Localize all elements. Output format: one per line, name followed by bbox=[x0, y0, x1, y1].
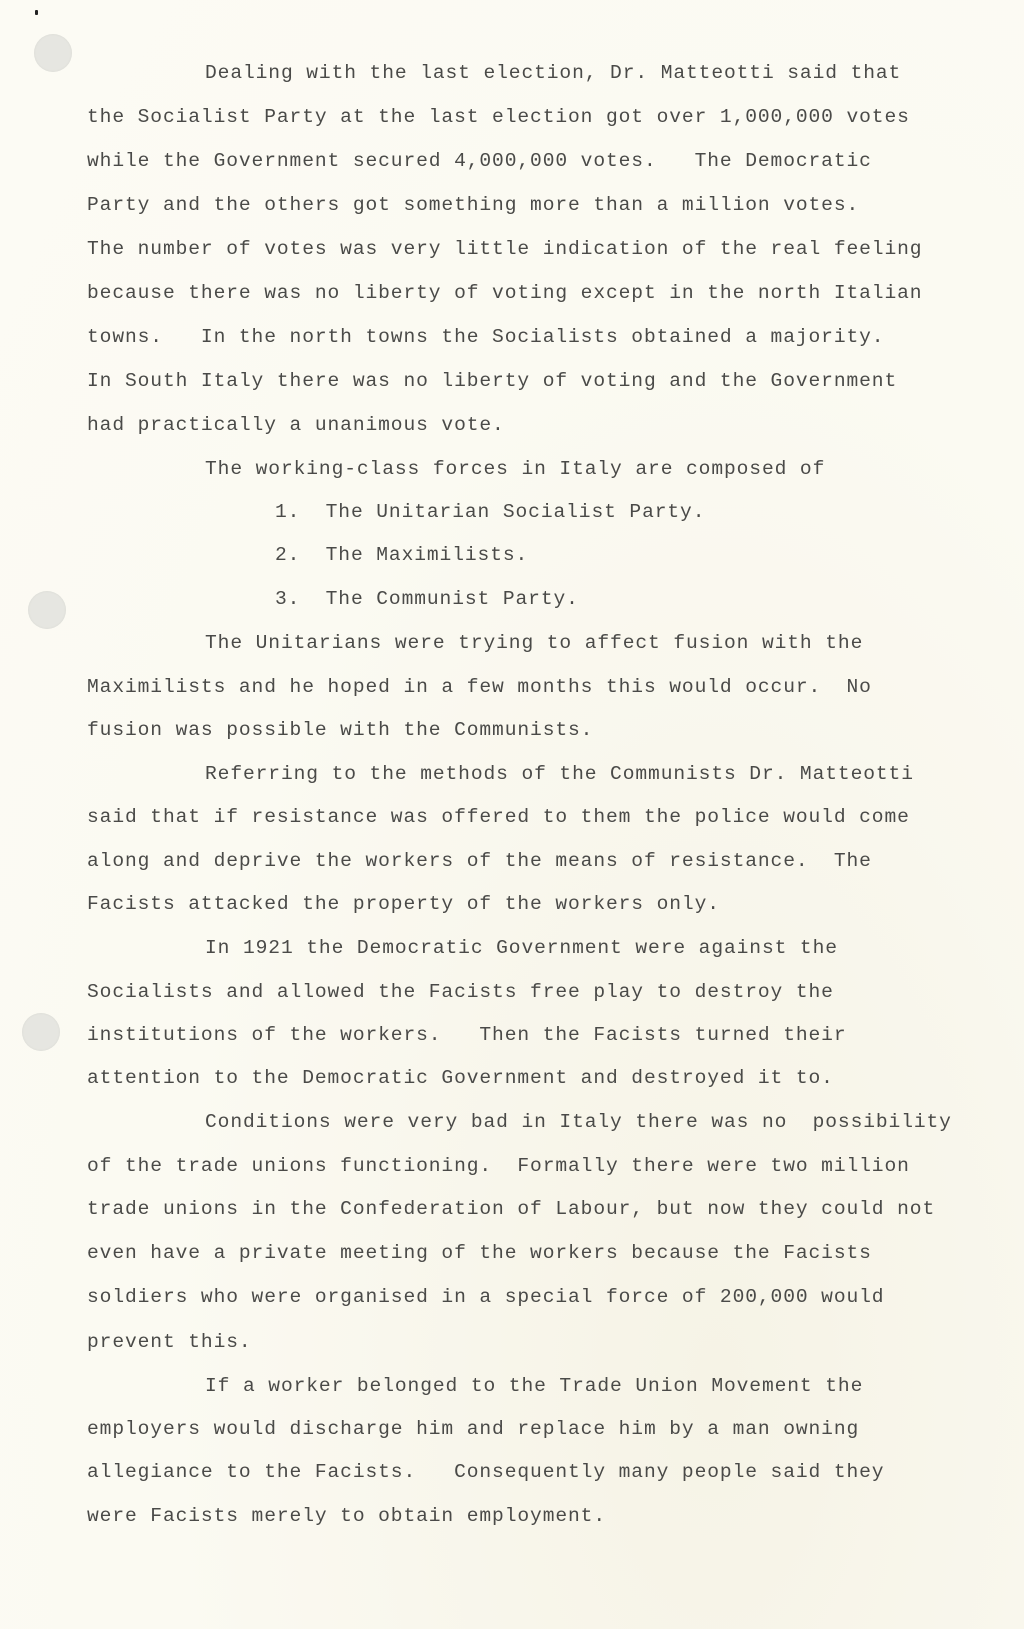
text-line: were Facists merely to obtain employment… bbox=[87, 1507, 606, 1527]
list-item: 3. The Communist Party. bbox=[275, 590, 579, 610]
text-line: Referring to the methods of the Communis… bbox=[205, 765, 914, 785]
text-line: soldiers who were organised in a special… bbox=[87, 1288, 884, 1308]
text-line: because there was no liberty of voting e… bbox=[87, 284, 922, 304]
text-line: The Unitarians were trying to affect fus… bbox=[205, 634, 863, 654]
text-line: while the Government secured 4,000,000 v… bbox=[87, 152, 872, 172]
text-line: said that if resistance was offered to t… bbox=[87, 808, 910, 828]
text-line: fusion was possible with the Communists. bbox=[87, 721, 593, 741]
text-line: Conditions were very bad in Italy there … bbox=[205, 1113, 952, 1133]
document-page: Dealing with the last election, Dr. Matt… bbox=[0, 0, 1024, 1629]
text-line: trade unions in the Confederation of Lab… bbox=[87, 1200, 935, 1220]
text-line: even have a private meeting of the worke… bbox=[87, 1244, 872, 1264]
text-line: prevent this. bbox=[87, 1333, 252, 1353]
text-line: towns. In the north towns the Socialists… bbox=[87, 328, 884, 348]
text-line: In South Italy there was no liberty of v… bbox=[87, 372, 897, 392]
ink-mark bbox=[35, 10, 38, 15]
text-line: The working-class forces in Italy are co… bbox=[205, 460, 825, 480]
text-line: The number of votes was very little indi… bbox=[87, 240, 922, 260]
punch-hole-middle bbox=[28, 591, 66, 629]
list-item: 2. The Maximilists. bbox=[275, 546, 528, 566]
text-line: had practically a unanimous vote. bbox=[87, 416, 505, 436]
text-line: attention to the Democratic Government a… bbox=[87, 1069, 834, 1089]
text-line: the Socialist Party at the last election… bbox=[87, 108, 910, 128]
text-line: Dealing with the last election, Dr. Matt… bbox=[205, 64, 901, 84]
punch-hole-top bbox=[34, 34, 72, 72]
text-line: If a worker belonged to the Trade Union … bbox=[205, 1377, 863, 1397]
text-line: of the trade unions functioning. Formall… bbox=[87, 1157, 910, 1177]
punch-hole-bottom bbox=[22, 1013, 60, 1051]
text-line: Socialists and allowed the Facists free … bbox=[87, 983, 834, 1003]
text-line: Facists attacked the property of the wor… bbox=[87, 895, 720, 915]
text-line: Party and the others got something more … bbox=[87, 196, 859, 216]
text-line: allegiance to the Facists. Consequently … bbox=[87, 1463, 884, 1483]
text-line: along and deprive the workers of the mea… bbox=[87, 852, 872, 872]
text-line: In 1921 the Democratic Government were a… bbox=[205, 939, 838, 959]
text-line: institutions of the workers. Then the Fa… bbox=[87, 1026, 847, 1046]
text-line: Maximilists and he hoped in a few months… bbox=[87, 678, 872, 698]
text-line: employers would discharge him and replac… bbox=[87, 1420, 859, 1440]
list-item: 1. The Unitarian Socialist Party. bbox=[275, 503, 705, 523]
